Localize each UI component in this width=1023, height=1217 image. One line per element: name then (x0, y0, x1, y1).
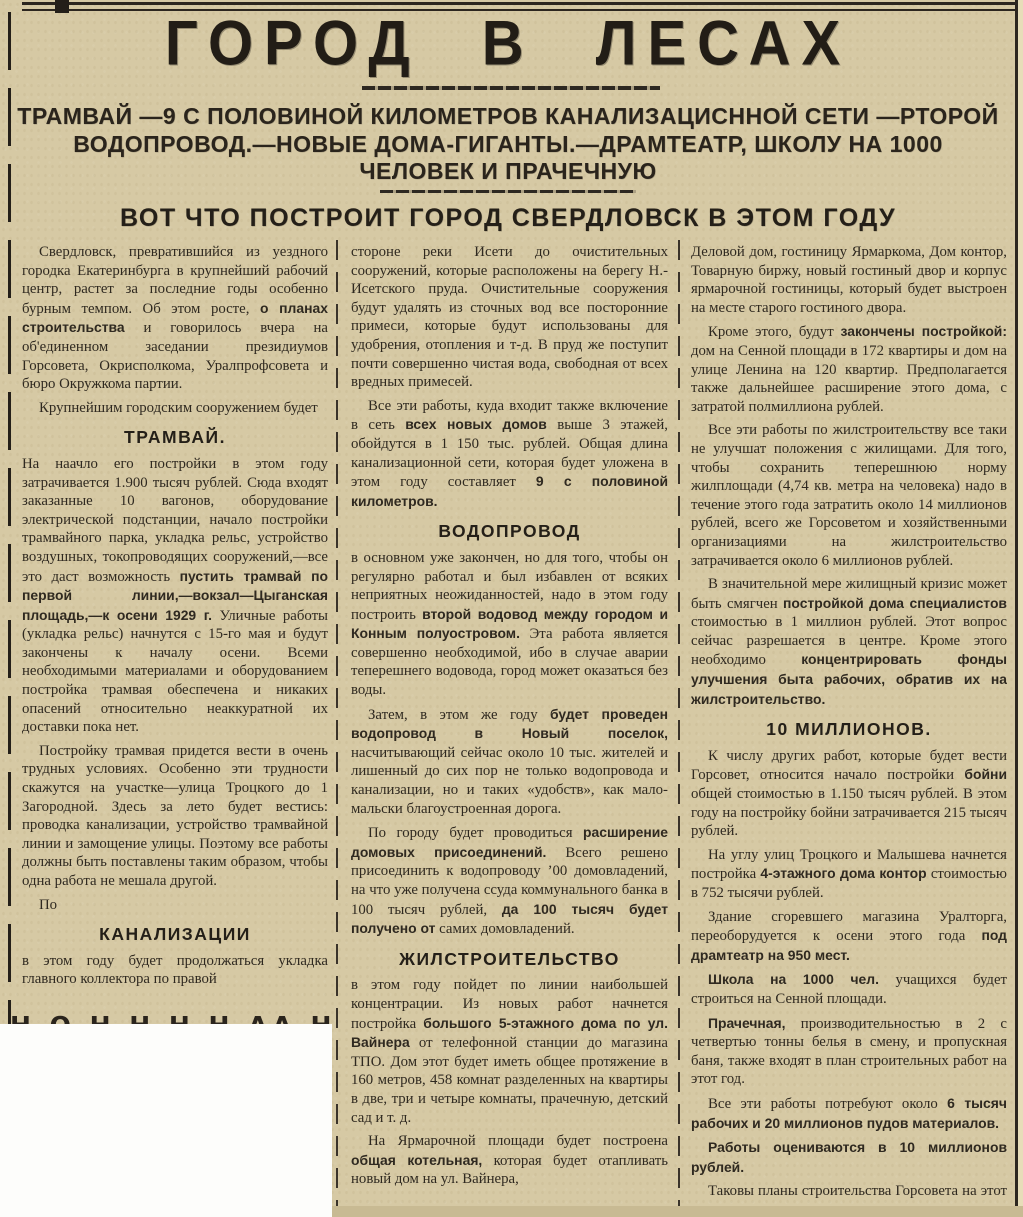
paragraph: Деловой дом, гостиницу Ярмаркома, Дом ко… (691, 243, 1007, 317)
text-run: насчитывающий сейчас около 10 тыс. жител… (351, 745, 668, 817)
text-run: в этом году будет продолжаться укладка г… (22, 953, 328, 988)
section-heading: 10 МИЛЛИОНОВ. (691, 720, 1007, 739)
column-separator-1 (336, 240, 338, 1207)
bold-phrase: бойни (964, 766, 1007, 782)
section-heading: ЖИЛСТРОИТЕЛЬСТВО (351, 950, 668, 969)
text-run: Крупнейшим городским сооружением будет (39, 400, 318, 416)
bottom-margin-strip (332, 1206, 1023, 1217)
text-run: Постройку трамвая придется вести в очень… (22, 743, 328, 889)
text-run: дом на Сенной площади в 172 квартиры и д… (691, 343, 1007, 415)
text-run: Кроме этого, будут (708, 324, 841, 340)
bold-phrase: постройкой дома специалистов (783, 595, 1007, 611)
text-run: Все эти работы потребуют около (708, 1096, 947, 1112)
column-2: стороне реки Исети до очистительных соор… (351, 243, 668, 1215)
paragraph: На Ярмарочной площади будет построена об… (351, 1132, 668, 1189)
section-heading: ТРАМВАЙ. (22, 428, 328, 447)
text-run: На Ярмарочной площади будет построена (368, 1133, 668, 1149)
paragraph: Прачечная, производительностью в 2 с чет… (691, 1014, 1007, 1089)
bold-phrase: Школа на 1000 чел. (708, 971, 879, 987)
paragraph: На углу улиц Троцкого и Малышева начнетс… (691, 846, 1007, 903)
paragraph: Все эти работы, куда входит также включе… (351, 397, 668, 512)
headline: ГОРОД В ЛЕСАХ (0, 12, 1016, 77)
paragraph: Все эти работы по жилстроительству все т… (691, 421, 1007, 570)
subheadline: ТРАМВАЙ —9 С ПОЛОВИНОЙ КИЛОМЕТРОВ КАНАЛИ… (8, 103, 1008, 186)
text-run: По (39, 897, 57, 913)
column-separator-2 (678, 240, 680, 1207)
paragraph: К числу других работ, которые будет вест… (691, 747, 1007, 841)
column-3: Деловой дом, гостиницу Ярмаркома, Дом ко… (691, 243, 1007, 1215)
text-run: Затем, в этом же году (368, 707, 550, 723)
subheadline-line-2: ВОДОПРОВОД.—НОВЫЕ ДОМА-ГИГАНТЫ.—ДРАМТЕАТ… (8, 131, 1008, 159)
paragraph: Все эти работы потребуют около 6 тысяч р… (691, 1094, 1007, 1133)
text-run: Деловой дом, гостиницу Ярмаркома, Дом ко… (691, 244, 1007, 316)
subheadline-line-3: ЧЕЛОВЕК И ПРАЧЕЧНУЮ (8, 158, 1008, 186)
bold-phrase: закончены постройкой: (841, 323, 1007, 339)
paragraph: Свердловск, превратившийся из уездного г… (22, 243, 328, 394)
bold-phrase: всех новых домов (405, 416, 547, 432)
text-run: стороне реки Исети до очистительных соор… (351, 244, 668, 390)
bold-phrase: 4-этажного дома контор (760, 865, 926, 881)
torn-text-artifact: Н О Н Н Н Н АА Н А ТАТАТАО (10, 1011, 332, 1024)
paragraph: В значительной мере жилищный кризис може… (691, 575, 1007, 709)
paragraph: Постройку трамвая придется вести в очень… (22, 742, 328, 891)
text-run: На наачло его постройки в этом году затр… (22, 456, 328, 585)
subheadline-line-1: ТРАМВАЙ —9 С ПОЛОВИНОЙ КИЛОМЕТРОВ КАНАЛИ… (8, 103, 1008, 131)
subhead-rule (380, 190, 636, 193)
text-run: самих домовладений. (435, 921, 574, 937)
bold-phrase: Прачечная, (708, 1015, 786, 1031)
section-heading: ВОДОПРОВОД (351, 522, 668, 541)
text-run: Все эти работы по жилстроительству все т… (691, 422, 1007, 568)
paragraph: По городу будет проводиться расширение д… (351, 823, 668, 939)
column-1: Свердловск, превратившийся из уездного г… (22, 243, 328, 1021)
section-heading: КАНАЛИЗАЦИИ (22, 925, 328, 944)
paragraph: Крупнейшим городским сооружением будет (22, 399, 328, 418)
paragraph: в этом году будет продолжаться укладка г… (22, 952, 328, 989)
paragraph: По (22, 896, 328, 915)
paragraph: На наачло его постройки в этом году затр… (22, 455, 328, 737)
text-run: По городу будет проводиться (368, 825, 583, 841)
headline-rule (362, 86, 660, 90)
kicker-headline: ВОТ ЧТО ПОСТРОИТ ГОРОД СВЕРДЛОВСК В ЭТОМ… (0, 204, 1016, 232)
paragraph: Затем, в этом же году будет проведен вод… (351, 705, 668, 819)
paragraph: Школа на 1000 чел. учащихся будет строит… (691, 970, 1007, 1008)
paragraph: Здание сгоревшего магазина Уралторга, пе… (691, 908, 1007, 966)
text-run: Уличные работы (укладка рельс) начнутся … (22, 608, 328, 736)
paragraph: Работы оцениваются в 10 миллионов рублей… (691, 1138, 1007, 1177)
bold-phrase: общая котельная, (351, 1152, 482, 1168)
paragraph: в этом году пойдет по линии наибольшей к… (351, 976, 668, 1127)
newspaper-page: ГОРОД В ЛЕСАХ ТРАМВАЙ —9 С ПОЛОВИНОЙ КИЛ… (0, 0, 1023, 1217)
bold-phrase: Работы оцениваются в 10 миллионов рублей… (691, 1139, 1007, 1175)
text-run: К числу других работ, которые будет вест… (691, 748, 1007, 784)
text-run: Здание сгоревшего магазина Уралторга, пе… (691, 909, 1007, 945)
page-edge-band (1018, 0, 1023, 1217)
blank-cutout (0, 1024, 332, 1217)
paragraph: в основном уже закончен, но для того, чт… (351, 549, 668, 700)
paragraph: Кроме этого, будут закончены постройкой:… (691, 322, 1007, 416)
text-run: общей стоимостью в 1.150 тысяч рублей. В… (691, 786, 1007, 839)
paragraph: стороне реки Исети до очистительных соор… (351, 243, 668, 392)
